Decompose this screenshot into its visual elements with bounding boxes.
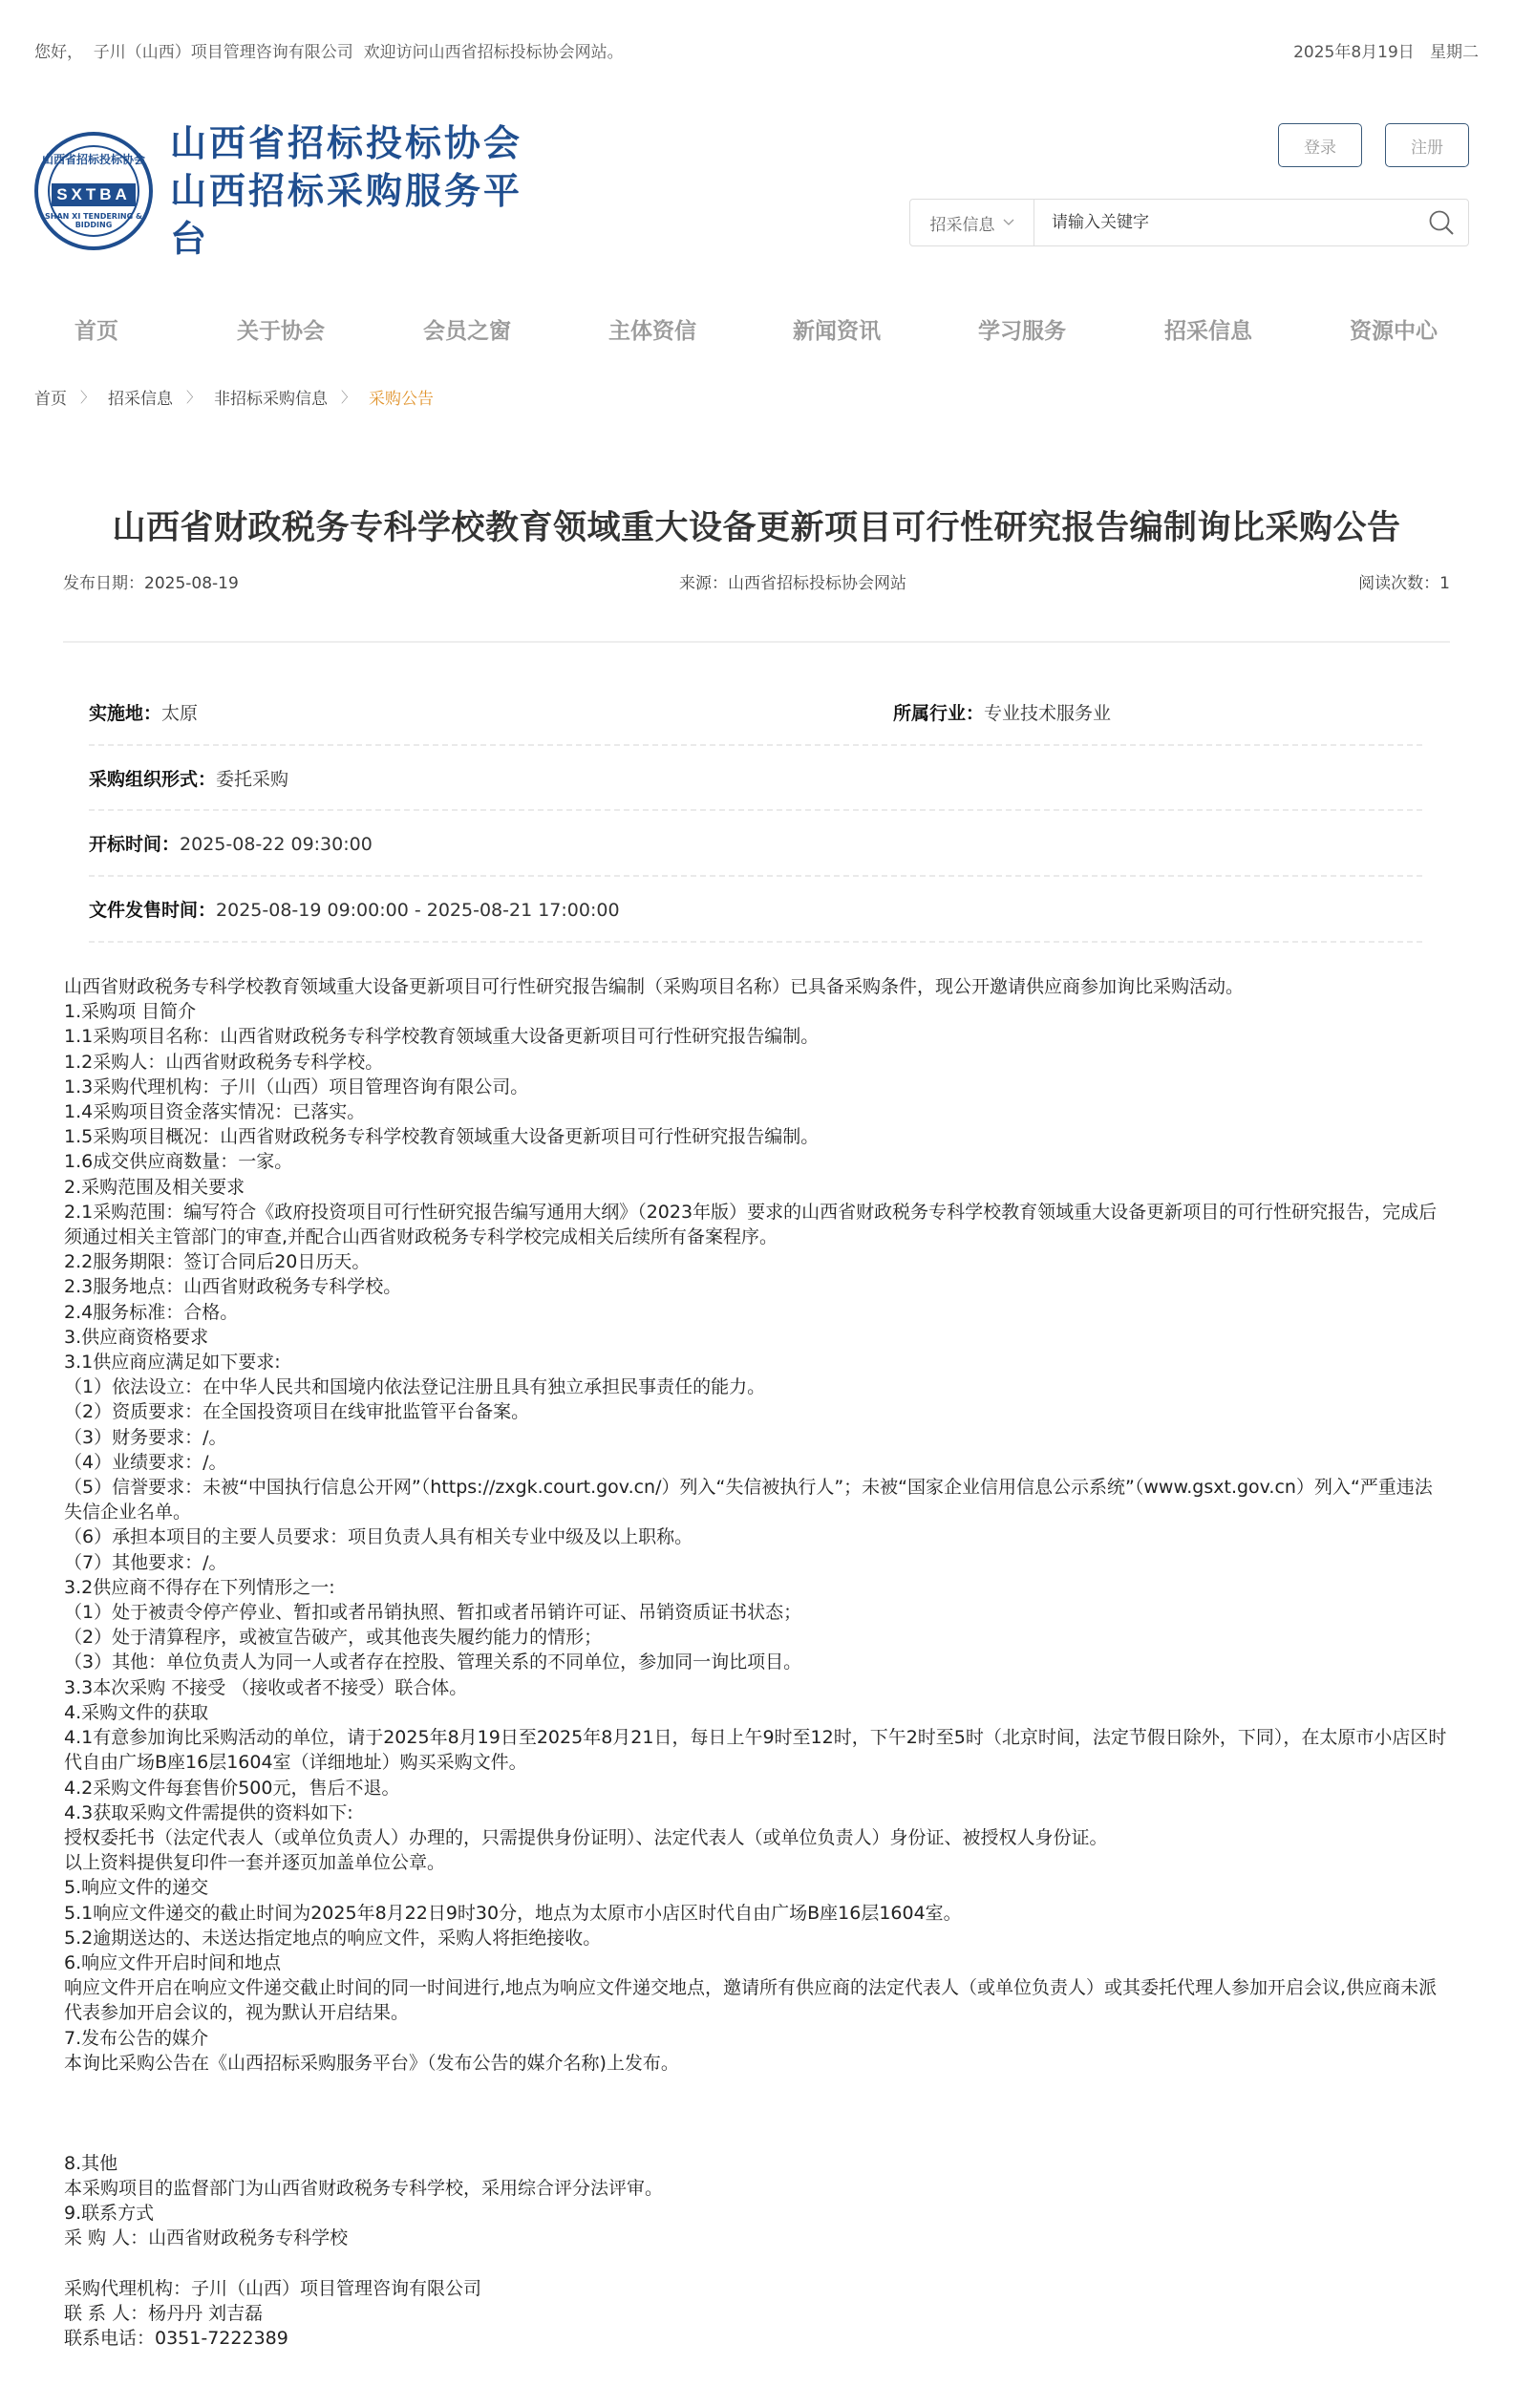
body-paragraph: 联 系 人：杨丹丹 刘吉磊 [64,2301,1449,2326]
breadcrumb-non-tender[interactable]: 非招标采购信息 [214,385,328,409]
body-paragraph: 采 购 人：山西省财政税务专科学校 [64,2226,1449,2250]
info-org-form: 采购组织形式：委托采购 [89,765,288,791]
body-paragraph: 山西省财政税务专科学校教育领域重大设备更新项目可行性研究报告编制（采购项目名称）… [64,974,1449,999]
publish-date: 发布日期：2025-08-19 [63,569,239,593]
body-paragraph: 响应文件开启在响应文件递交截止时间的同一时间进行,地点为响应文件递交地点，邀请所… [64,1975,1449,2025]
info-row: 文件发售时间：2025-08-19 09:00:00 - 2025-08-21 … [89,877,1422,943]
search-input[interactable] [1034,200,1415,245]
nav-item-resources[interactable]: 资源中心 [1350,313,1438,345]
blank-line [64,2076,1449,2100]
seal-abbreviation: SXTBA [52,183,136,206]
announcement-body: 山西省财政税务专科学校教育领域重大设备更新项目可行性研究报告编制（采购项目名称）… [64,974,1449,2351]
breadcrumb-home[interactable]: 首页 [34,385,67,409]
body-paragraph: 3.3本次采购 不接受 （接收或者不接受）联合体。 [64,1675,1449,1700]
body-paragraph: （3）财务要求：/。 [64,1425,1449,1450]
info-industry: 所属行业：专业技术服务业 [893,699,1111,725]
info-location: 实施地：太原 [89,699,198,725]
site-logo[interactable]: 山西省招标投标协会 SXTBA SHAN XI TENDERING & BIDD… [34,129,531,253]
body-paragraph: （7）其他要求：/。 [64,1550,1449,1575]
body-paragraph: 1.2采购人：山西省财政税务专科学校。 [64,1050,1449,1075]
body-paragraph: （2）处于清算程序，或被宣告破产，或其他丧失履约能力的情形； [64,1625,1449,1650]
body-paragraph: 本询比采购公告在《山西招标采购服务平台》（发布公告的媒介名称)上发布。 [64,2051,1449,2076]
body-paragraph: 1.1采购项目名称：山西省财政税务专科学校教育领域重大设备更新项目可行性研究报告… [64,1024,1449,1049]
body-paragraph: （3）其他：单位负责人为同一人或者存在控股、管理关系的不同单位，参加同一询比项目… [64,1650,1449,1674]
info-open-time: 开标时间：2025-08-22 09:30:00 [89,830,373,856]
welcome-text: 您好， 子川（山西）项目管理咨询有限公司 欢迎访问山西省招标投标协会网站。 [34,38,624,62]
nav-item-home[interactable]: 首页 [75,313,118,345]
body-paragraph: 5.1响应文件递交的截止时间为2025年8月22日9时30分，地点为太原市小店区… [64,1901,1449,1926]
site-name-line2: 山西招标采购服务平台 [170,167,531,263]
nav-item-members[interactable]: 会员之窗 [423,313,511,345]
body-paragraph: 授权委托书（法定代表人（或单位负责人）办理的，只需提供身份证明）、法定代表人（或… [64,1825,1449,1850]
body-paragraph: 4.3获取采购文件需提供的资料如下: [64,1801,1449,1825]
breadcrumb: 首页 〉 招采信息 〉 非招标采购信息 〉 采购公告 [34,385,434,409]
chevron-right-icon: 〉 [80,387,95,407]
info-row: 采购组织形式：委托采购 [89,746,1422,812]
body-paragraph: 3.2供应商不得存在下列情形之一: [64,1575,1449,1600]
body-paragraph: （1）处于被责令停产停业、暂扣或者吊销执照、暂扣或者吊销许可证、吊销资质证书状态… [64,1600,1449,1625]
top-bar: 您好， 子川（山西）项目管理咨询有限公司 欢迎访问山西省招标投标协会网站。 20… [34,38,1479,63]
info-row: 开标时间：2025-08-22 09:30:00 [89,811,1422,877]
read-count: 阅读次数：1 [1358,569,1450,593]
body-paragraph: 采购代理机构：子川（山西）项目管理咨询有限公司 [64,2276,1449,2301]
nav-item-procurement[interactable]: 招采信息 [1164,313,1252,345]
body-paragraph: 4.采购文件的获取 [64,1700,1449,1725]
body-paragraph: 5.2逾期送达的、未送达指定地点的响应文件，采购人将拒绝接收。 [64,1926,1449,1950]
site-name: 山西省招标投标协会 山西招标采购服务平台 [170,119,531,263]
body-paragraph: （2）资质要求：在全国投资项目在线审批监管平台备案。 [64,1399,1449,1424]
search-bar: 招采信息 [909,199,1469,246]
seal-bottom-text: SHAN XI TENDERING & BIDDING [38,212,149,229]
nav-item-learning[interactable]: 学习服务 [978,313,1066,345]
body-paragraph: 8.其他 [64,2151,1449,2176]
article-meta: 发布日期：2025-08-19 来源：山西省招标投标协会网站 阅读次数：1 [63,569,1450,592]
site-name-line1: 山西省招标投标协会 [170,119,531,167]
body-paragraph: （1）依法设立：在中华人民共和国境内依法登记注册且具有独立承担民事责任的能力。 [64,1374,1449,1399]
body-paragraph: 2.4服务标准：合格。 [64,1300,1449,1325]
body-paragraph: 4.2采购文件每套售价500元，售后不退。 [64,1776,1449,1801]
nav-item-credit[interactable]: 主体资信 [608,313,696,345]
seal-emblem-icon: 山西省招标投标协会 SXTBA SHAN XI TENDERING & BIDD… [34,132,153,250]
chevron-down-icon [1003,216,1014,229]
body-paragraph: 2.3服务地点：山西省财政税务专科学校。 [64,1274,1449,1299]
body-paragraph: （6）承担本项目的主要人员要求：项目负责人具有相关专业中级及以上职称。 [64,1524,1449,1549]
blank-line [64,2125,1449,2150]
current-date: 2025年8月19日 星期二 [1293,38,1479,62]
breadcrumb-current: 采购公告 [369,385,434,409]
body-paragraph: 3.1供应商应满足如下要求: [64,1350,1449,1374]
auth-buttons: 登录 注册 [1278,123,1469,167]
info-row: 实施地：太原 所属行业：专业技术服务业 [89,680,1422,746]
login-button[interactable]: 登录 [1278,123,1362,167]
body-paragraph: 1.6成交供应商数量：一家。 [64,1149,1449,1174]
body-paragraph: 2.2服务期限：签订合同后20日历天。 [64,1249,1449,1274]
divider [63,641,1450,643]
search-category-label: 招采信息 [930,211,995,235]
body-paragraph: 2.采购范围及相关要求 [64,1175,1449,1200]
body-paragraph: 7.发布公告的媒介 [64,2026,1449,2051]
body-paragraph: 1.4采购项目资金落实情况：已落实。 [64,1099,1449,1124]
register-button[interactable]: 注册 [1385,123,1469,167]
page-title: 山西省财政税务专科学校教育领域重大设备更新项目可行性研究报告编制询比采购公告 [0,501,1513,549]
body-paragraph: 9.联系方式 [64,2201,1449,2226]
chevron-right-icon: 〉 [341,387,355,407]
body-paragraph: 本采购项目的监督部门为山西省财政税务专科学校，采用综合评分法评审。 [64,2176,1449,2201]
blank-line [64,2250,1449,2275]
body-paragraph: 1.3采购代理机构：子川（山西）项目管理咨询有限公司。 [64,1075,1449,1099]
nav-item-news[interactable]: 新闻资讯 [793,313,881,345]
info-doc-sale-time: 文件发售时间：2025-08-19 09:00:00 - 2025-08-21 … [89,896,620,922]
breadcrumb-procurement-info[interactable]: 招采信息 [108,385,173,409]
body-paragraph: 5.响应文件的递交 [64,1875,1449,1900]
chevron-right-icon: 〉 [186,387,201,407]
body-paragraph: 4.1有意参加询比采购活动的单位，请于2025年8月19日至2025年8月21日… [64,1725,1449,1775]
body-paragraph: 以上资料提供复印件一套并逐页加盖单位公章。 [64,1850,1449,1875]
search-icon[interactable] [1415,200,1468,245]
body-paragraph: 1.采购项 目简介 [64,999,1449,1024]
article-source: 来源：山西省招标投标协会网站 [679,569,906,593]
body-paragraph: 3.供应商资格要求 [64,1325,1449,1350]
seal-top-text: 山西省招标投标协会 [38,151,149,167]
body-paragraph: 联系电话：0351-7222389 [64,2326,1449,2351]
blank-line [64,2100,1449,2125]
body-paragraph: 1.5采购项目概况：山西省财政税务专科学校教育领域重大设备更新项目可行性研究报告… [64,1124,1449,1149]
nav-item-about[interactable]: 关于协会 [237,313,325,345]
info-table: 实施地：太原 所属行业：专业技术服务业 采购组织形式：委托采购 开标时间：202… [89,680,1422,943]
body-paragraph: （5）信誉要求：未被“中国执行信息公开网”（https://zxgk.court… [64,1475,1449,1524]
body-paragraph: 2.1采购范围：编写符合《政府投资项目可行性研究报告编写通用大纲》（2023年版… [64,1200,1449,1249]
search-category-select[interactable]: 招采信息 [910,200,1034,245]
main-nav: 首页 关于协会 会员之窗 主体资信 新闻资讯 学习服务 招采信息 资源中心 [0,313,1513,352]
body-paragraph: （4）业绩要求：/。 [64,1450,1449,1475]
body-paragraph: 6.响应文件开启时间和地点 [64,1950,1449,1975]
